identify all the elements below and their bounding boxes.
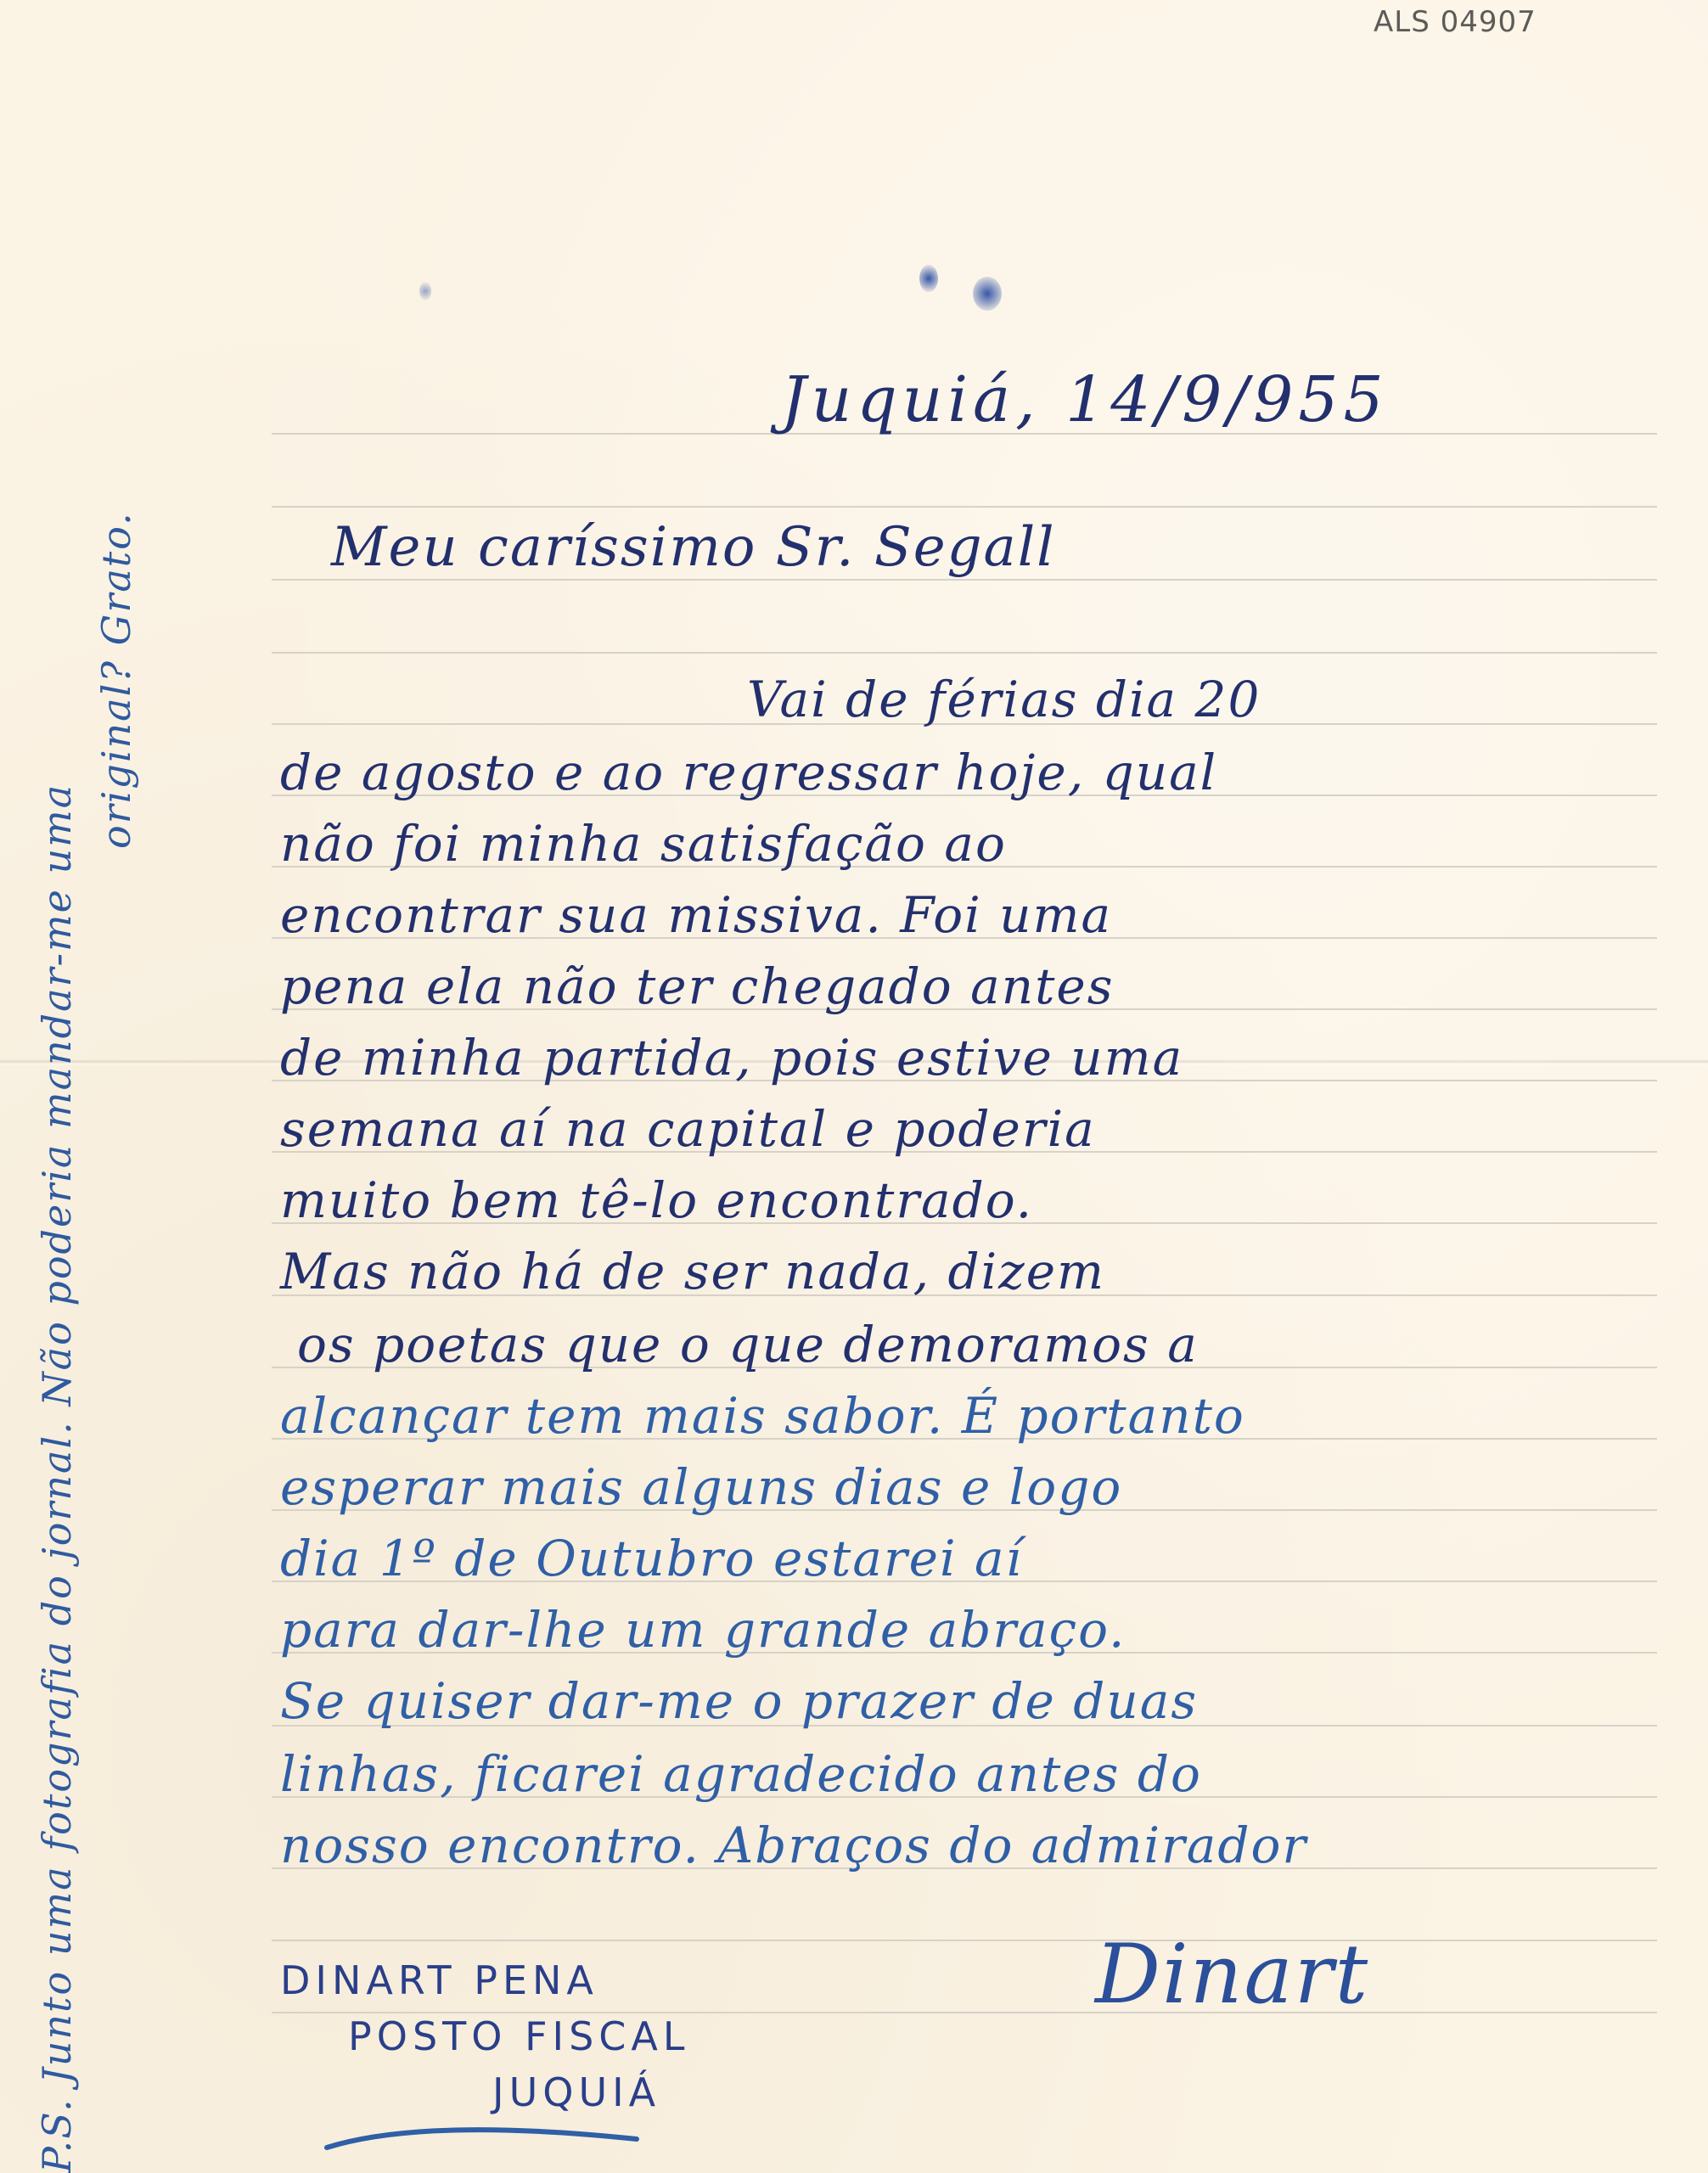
- underline-swash: [323, 2120, 645, 2154]
- archive-stamp: ALS 04907: [1374, 5, 1537, 39]
- body-line: linhas, ficarei agradecido antes do: [280, 1745, 1202, 1803]
- body-line: dia 1º de Outubro estarei aí: [280, 1530, 1023, 1587]
- body-line: para dar-lhe um grande abraço.: [280, 1601, 1126, 1659]
- ruled-line: [272, 1940, 1657, 1941]
- body-line: de minha partida, pois estive uma: [280, 1029, 1183, 1086]
- body-line: semana aí na capital e poderia: [280, 1100, 1096, 1158]
- body-line: nosso encontro. Abraços do admirador: [280, 1816, 1307, 1874]
- ruled-line: [272, 579, 1657, 581]
- return-address-name: DINART PENA: [280, 1952, 690, 2008]
- ink-blot: [919, 265, 938, 292]
- return-address: DINART PENA POSTO FISCAL JUQUIÁ: [280, 1952, 690, 2120]
- body-line: Se quiser dar-me o prazer de duas: [280, 1672, 1198, 1730]
- body-line: muito bem tê-lo encontrado.: [280, 1171, 1033, 1229]
- ruled-line: [272, 506, 1657, 508]
- body-line: não foi minha satisfação ao: [280, 815, 1007, 873]
- body-line: pena ela não ter chegado antes: [280, 957, 1114, 1015]
- postscript-line: P.S. Junto uma fotografia do jornal. Não…: [34, 511, 93, 2173]
- letter-dateline: Juquiá, 14/9/955: [781, 363, 1389, 436]
- ink-blot: [973, 277, 1002, 311]
- body-line: os poetas que o que demoramos a: [297, 1316, 1199, 1373]
- body-line: Vai de férias dia 20: [747, 671, 1261, 728]
- body-line: de agosto e ao regressar hoje, qual: [280, 744, 1217, 801]
- body-line: esperar mais alguns dias e logo: [280, 1458, 1122, 1516]
- letter-salutation: Meu caríssimo Sr. Segall: [331, 516, 1056, 579]
- body-line: encontrar sua missiva. Foi uma: [280, 886, 1112, 944]
- postscript-margin-note: P.S. Junto uma fotografia do jornal. Não…: [34, 511, 153, 2173]
- ink-blot: [419, 282, 431, 300]
- ruled-line: [272, 652, 1657, 654]
- body-line: alcançar tem mais sabor. É portanto: [280, 1387, 1245, 1445]
- body-line: Mas não há de ser nada, dizem: [280, 1243, 1105, 1300]
- return-address-office: POSTO FISCAL: [348, 2008, 690, 2064]
- postscript-line: original? Grato.: [93, 511, 153, 849]
- return-address-town: JUQUIÁ: [492, 2064, 690, 2120]
- signature: Dinart: [1095, 1927, 1369, 2022]
